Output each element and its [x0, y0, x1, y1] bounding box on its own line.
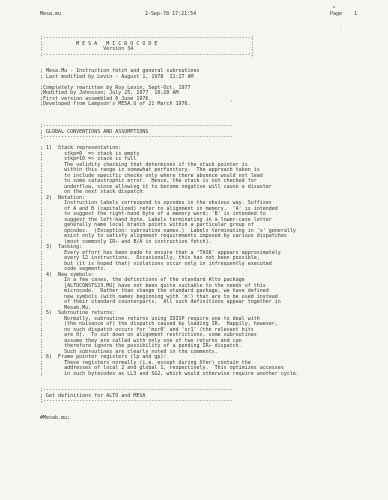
print-header: Mesa.mu 2-Sep-78 17:21:54 Page1 [0, 11, 388, 19]
scan-artifact [231, 100, 232, 102]
document-page: Mesa.mu 2-Sep-78 17:21:54 Page1 ;-------… [0, 0, 388, 500]
scan-artifact [333, 6, 335, 8]
header-page-label: Page [330, 11, 342, 17]
header-timestamp: 2-Sep-78 17:21:54 [145, 11, 196, 17]
header-filename: Mesa.mu [40, 11, 61, 17]
scan-artifact [340, 25, 341, 26]
header-page-indicator: Page1 [330, 11, 357, 17]
header-page-number: 1 [354, 11, 357, 17]
source-listing: ;---------------------------------------… [40, 36, 299, 421]
